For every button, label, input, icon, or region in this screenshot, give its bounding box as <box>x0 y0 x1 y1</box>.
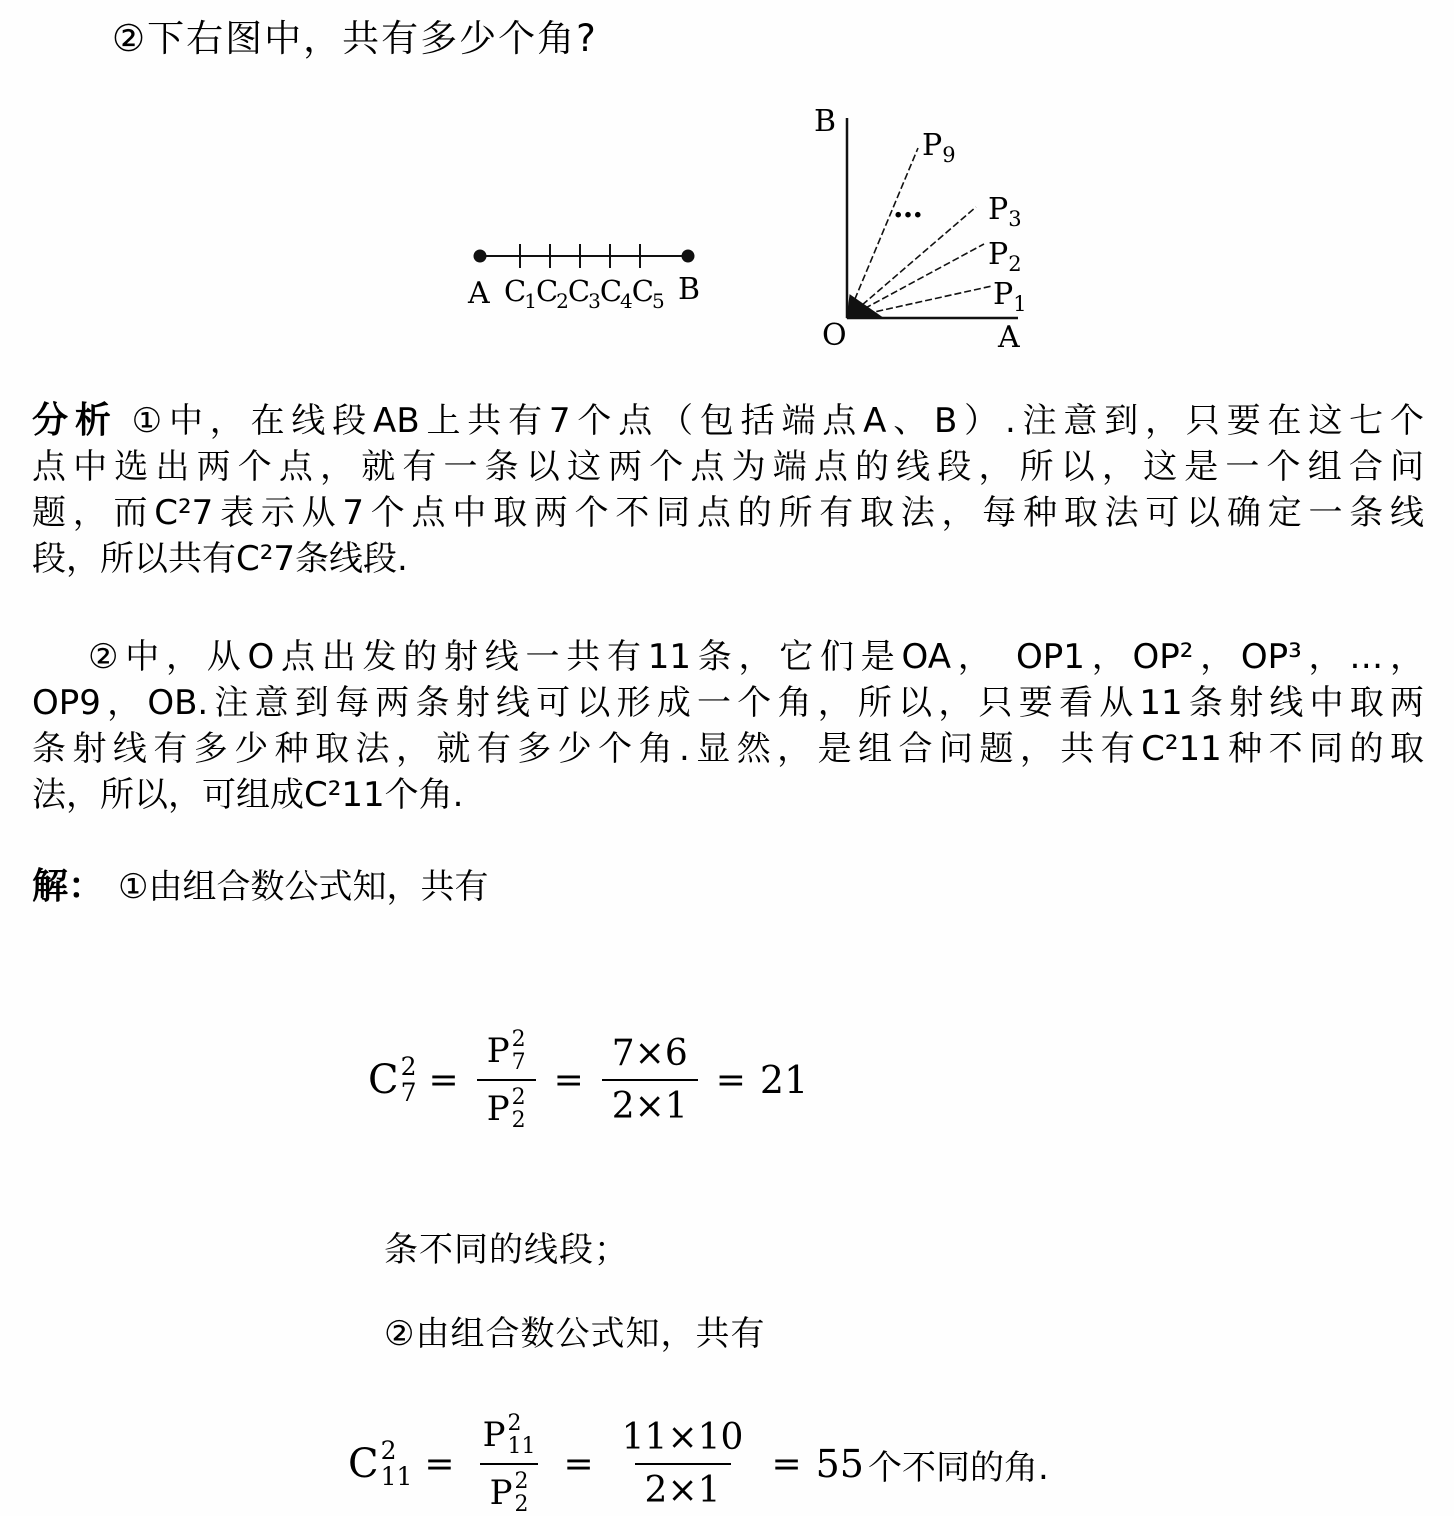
combination-symbol-c7: C 27 <box>368 1054 417 1107</box>
tick-label: C4 <box>600 274 631 313</box>
label-a: A <box>468 276 490 311</box>
equals-sign: = <box>771 1444 801 1485</box>
paragraph2-line: OP9，OB.注意到每两条射线可以形成一个角，所以，只要看从11条射线中取两 <box>32 680 1424 726</box>
part2-intro-text: ②由组合数公式知，共有 <box>384 1306 765 1355</box>
label-p9: P9 <box>922 128 956 167</box>
tick-label: C1 <box>504 274 535 313</box>
endpoint-a-dot <box>474 250 486 262</box>
tick-label: C5 <box>632 274 663 313</box>
analysis-paragraph-2: ②中，从O点出发的射线一共有11条，它们是OA， OP1，OP²，OP³，…， … <box>32 634 1424 818</box>
fraction-11x10-2x1: 11×10 2×1 <box>612 1417 754 1511</box>
tick-labels: C1 C2 C3 C4 C5 <box>504 274 664 313</box>
question-title: ②下右图中，共有多少个角? <box>112 8 598 62</box>
formula2-suffix: 个不同的角. <box>868 1440 1049 1489</box>
label-p2: P2 <box>988 237 1022 276</box>
solution-label: 解： <box>32 866 104 907</box>
analysis-line: 分析①中，在线段AB上共有7个点（包括端点A、B）.注意到，只要在这七个 <box>32 398 1424 444</box>
fraction-p7-p2: P27 P22 <box>477 1028 536 1132</box>
tick-label: C3 <box>568 274 599 313</box>
equals-sign: = <box>424 1444 454 1485</box>
paragraph2-line: 条射线有多少种取法，就有多少个角.显然，是组合问题，共有C²11种不同的取 <box>32 726 1424 772</box>
document-page: ②下右图中，共有多少个角? A C1 C2 C3 C4 C5 B <box>0 0 1454 1516</box>
solution-intro-text: ①由组合数公式知，共有 <box>118 867 488 907</box>
label-b-top: B <box>814 104 836 139</box>
permutation-symbol-p2: P22 <box>490 1470 529 1516</box>
paragraph2-line: ②中，从O点出发的射线一共有11条，它们是OA， OP1，OP²，OP³，…， <box>32 634 1424 680</box>
permutation-symbol-p2: P22 <box>487 1086 526 1132</box>
ellipsis-dots: … <box>893 190 926 225</box>
solution-intro: 解：①由组合数公式知，共有 <box>32 858 489 909</box>
angle-figure: B P9 … P3 P2 P1 A O <box>790 100 1054 365</box>
analysis-line: 段，所以共有C²7条线段. <box>32 536 1424 582</box>
analysis-paragraph: 分析①中，在线段AB上共有7个点（包括端点A、B）.注意到，只要在这七个 点中选… <box>32 398 1424 582</box>
combination-symbol-c11: C 211 <box>348 1438 412 1491</box>
segment-figure: A C1 C2 C3 C4 C5 B <box>468 240 708 320</box>
formula2-result: 55 <box>816 1442 864 1486</box>
label-p1: P1 <box>993 277 1027 316</box>
fraction-p11-p2: P211 P22 <box>473 1412 546 1516</box>
permutation-symbol-p7: P27 <box>487 1028 526 1074</box>
analysis-label: 分析 <box>32 400 118 441</box>
paragraph2-line: 法，所以，可组成C²11个角. <box>32 772 1424 818</box>
equals-sign: = <box>554 1060 584 1101</box>
ray-op9 <box>847 148 918 318</box>
fraction-7x6-2x1: 7×6 2×1 <box>602 1033 698 1127</box>
equals-sign: = <box>429 1060 459 1101</box>
label-o-origin: O <box>822 318 847 353</box>
formula1-result: 21 <box>760 1058 808 1102</box>
tick-label: C2 <box>536 274 567 313</box>
endpoint-b-dot <box>682 250 694 262</box>
equals-sign: = <box>716 1060 746 1101</box>
label-b: B <box>678 272 700 307</box>
analysis-line: 题，而C²7表示从7个点中取两个不同点的所有取法，每种取法可以确定一条线 <box>32 490 1424 536</box>
origin-wedge <box>847 295 883 318</box>
permutation-symbol-p11: P211 <box>483 1412 536 1458</box>
analysis-line: 点中选出两个点，就有一条以这两个点为端点的线段，所以，这是一个组合问 <box>32 444 1424 490</box>
formula-c7: C 27 = P27 P22 = 7×6 2×1 = 21 <box>368 1028 808 1132</box>
equals-sign: = <box>563 1444 593 1485</box>
formula-c11: C 211 = P211 P22 = 11×10 2×1 = 55 个不同的角. <box>348 1412 1049 1516</box>
after-formula1-text: 条不同的线段； <box>384 1222 629 1271</box>
label-a-right: A <box>998 320 1020 355</box>
segment-figure-canvas <box>468 240 708 272</box>
label-p3: P3 <box>988 192 1022 231</box>
